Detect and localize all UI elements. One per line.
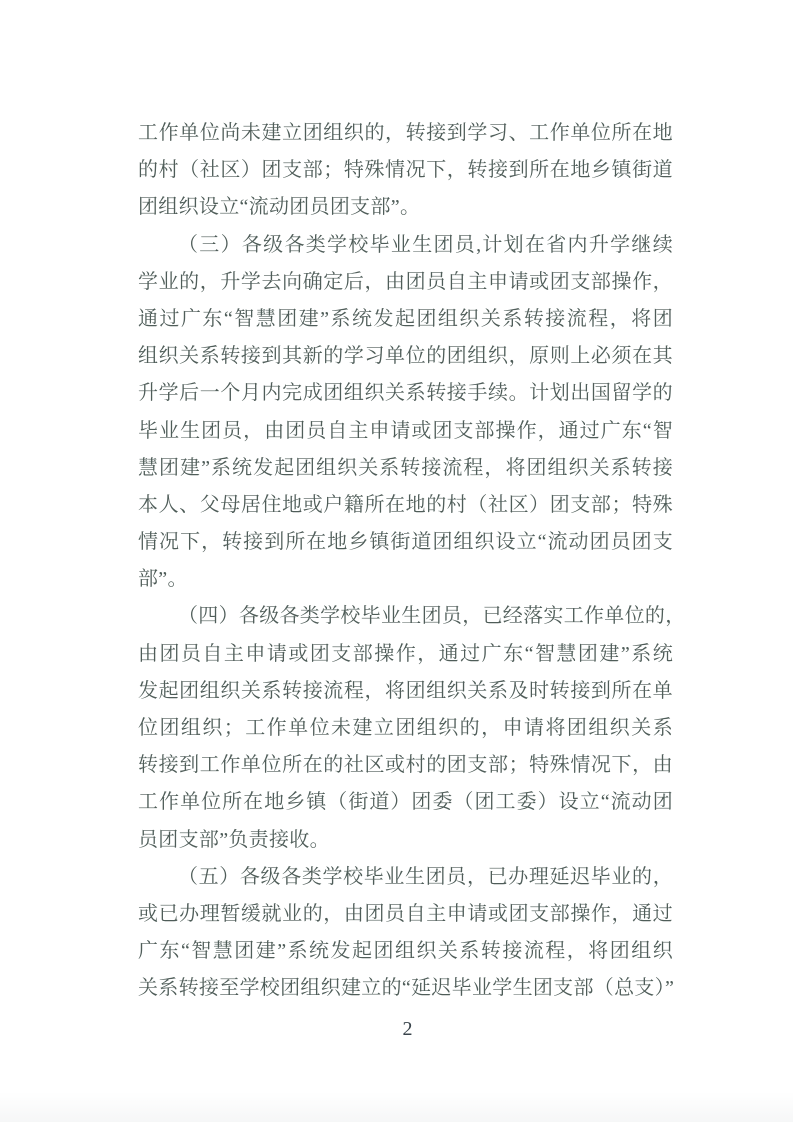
text-line: 关系转接至学校团组织建立的“延迟毕业学生团支部（总支）”: [138, 970, 673, 1007]
text-line: 工作单位所在地乡镇（街道）团委（团工委）设立“流动团: [138, 784, 673, 821]
text-line: （四）各级各类学校毕业生团员，已经落实工作单位的，: [138, 598, 673, 635]
text-line: 或已办理暂缓就业的，由团员自主申请或团支部操作，通过: [138, 896, 673, 933]
text-line: 团组织设立“流动团员团支部”。: [138, 189, 673, 226]
text-line: 通过广东“智慧团建”系统发起团组织关系转接流程，将团: [138, 301, 673, 338]
text-line: 工作单位尚未建立团组织的，转接到学习、工作单位所在地: [138, 115, 673, 152]
text-line: 学业的，升学去向确定后，由团员自主申请或团支部操作，: [138, 264, 673, 301]
text-line: 慧团建”系统发起团组织关系转接流程，将团组织关系转接: [138, 450, 673, 487]
text-line: 部”。: [138, 561, 673, 598]
page-number: 2: [11, 1012, 793, 1046]
text-line: 员团支部”负责接收。: [138, 822, 673, 859]
text-line: 转接到工作单位所在的社区或村的团支部；特殊情况下，由: [138, 747, 673, 784]
text-line: 毕业生团员，由团员自主申请或团支部操作，通过广东“智: [138, 413, 673, 450]
text-line: 位团组织；工作单位未建立团组织的，申请将团组织关系: [138, 710, 673, 747]
text-line: 本人、父母居住地或户籍所在地的村（社区）团支部；特殊: [138, 487, 673, 524]
text-line: 组织关系转接到其新的学习单位的团组织，原则上必须在其: [138, 338, 673, 375]
text-line: 由团员自主申请或团支部操作，通过广东“智慧团建”系统: [138, 636, 673, 673]
text-line: 发起团组织关系转接流程，将团组织关系及时转接到所在单: [138, 673, 673, 710]
text-line: 的村（社区）团支部；特殊情况下，转接到所在地乡镇街道: [138, 152, 673, 189]
scan-shadow-artifact: [0, 1092, 793, 1122]
text-line: 情况下，转接到所在地乡镇街道团组织设立“流动团员团支: [138, 524, 673, 561]
text-line: 升学后一个月内完成团组织关系转接手续。计划出国留学的: [138, 375, 673, 412]
text-line: （三）各级各类学校毕业生团员,计划在省内升学继续: [138, 227, 673, 264]
text-line: 广东“智慧团建”系统发起团组织关系转接流程，将团组织: [138, 933, 673, 970]
scanned-document-page: 工作单位尚未建立团组织的，转接到学习、工作单位所在地的村（社区）团支部；特殊情况…: [0, 0, 793, 1122]
text-line: （五）各级各类学校毕业生团员，已办理延迟毕业的，: [138, 859, 673, 896]
document-body: 工作单位尚未建立团组织的，转接到学习、工作单位所在地的村（社区）团支部；特殊情况…: [138, 115, 673, 1008]
